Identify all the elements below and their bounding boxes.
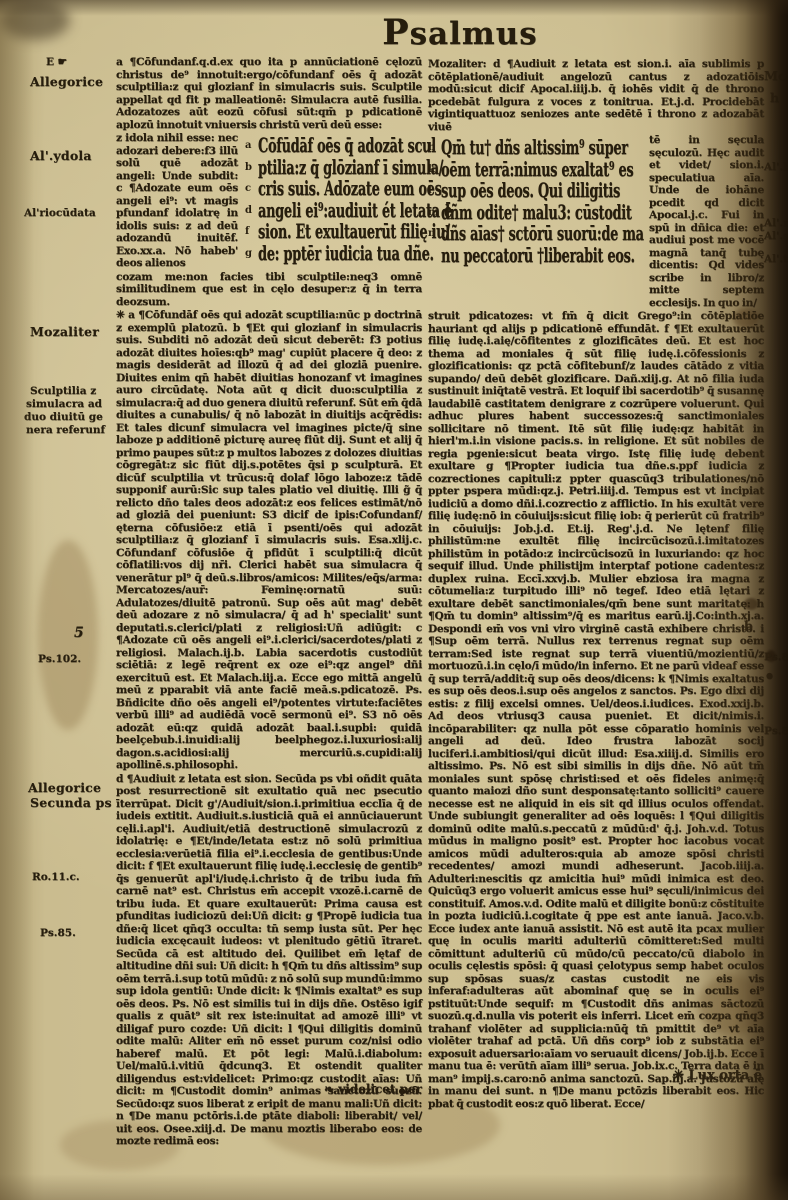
verse-line: sion. Et exultauerūt filię iu/ <box>258 221 450 243</box>
margin-note: Ps.102. <box>38 654 81 666</box>
commentary-paragraph: a ¶Cōfundanf.q.d.ex quo ita p annūciatio… <box>116 56 422 131</box>
psalm-verse-block: aCōfūdāf oēs q̄ adozāt scul bptilia:z q̄… <box>245 132 422 265</box>
verse-letter: d <box>245 205 252 216</box>
commentary-paragraph: struit pdicatozes: vt fm̄ q̄ dicit Grego… <box>428 310 764 1110</box>
verse-line: Cōfūdāf oēs q̄ adozāt scul <box>258 135 436 157</box>
margin-note: Allegorice <box>30 76 103 88</box>
parchment-stain <box>38 540 98 730</box>
margin-note: Ps.85. <box>40 928 76 940</box>
commentary-paragraph: Mozaliter: d ¶Audiuit z letata est sion.… <box>428 58 764 133</box>
verse-line: oēm terrā:nimus exaltat⁹ es <box>441 159 633 181</box>
margin-note: Ro.11.c. <box>32 872 80 884</box>
verse-letter: h <box>428 142 435 153</box>
verse-line: dñs aīas† sctōrū suorū:de ma <box>441 223 644 245</box>
verse-row: z idola nihil esse: nec adozari debere:f… <box>116 132 422 271</box>
verse-letter: f <box>245 226 249 237</box>
margin-note: ● <box>766 670 773 682</box>
verse-letter: m <box>428 207 439 218</box>
verse-letter: a <box>245 140 251 151</box>
page-title: Psalmus <box>330 16 590 51</box>
margin-note: h <box>770 92 779 104</box>
page-edge-shadow <box>0 0 34 1200</box>
margin-note: Ps.81. <box>764 652 788 664</box>
margin-note: Allegorice <box>28 782 101 794</box>
margin-note: simulacra ad <box>26 399 102 411</box>
book-page-scan: Psalmus E ☛ Allegorice Al'.ydola Al'rioc… <box>0 0 788 1200</box>
margin-note: Sculptilia z <box>30 386 96 398</box>
verse-letter: k <box>428 164 435 175</box>
verse-letter: l <box>428 185 432 196</box>
margin-note: Ps.85. <box>764 726 788 738</box>
verse-line: sup oēs deos. Qui diligitis <box>441 180 620 202</box>
margin-note: duo diuitū ge <box>24 412 103 424</box>
margin-note: Al'.seruoz <box>764 231 788 243</box>
margin-note: 5 <box>74 628 84 640</box>
margin-note: Al'.terua' <box>764 254 788 266</box>
commentary-narrow: tē in sęcula sęculozū. Hęc audit et vide… <box>649 134 764 309</box>
commentary-paragraph: cozam me:non facies tibi sculptile:neq3 … <box>116 271 422 309</box>
verse-line: de: pptēr iudicia tua dñe. <box>258 243 434 265</box>
commentary-paragraph: ✳ a ¶Cōfundāf oēs qui adozāt scuptilia:n… <box>116 309 422 772</box>
margin-note: Mozalit' <box>764 70 788 82</box>
right-text-column: Mozaliter: d ¶Audiuit z letata est sion.… <box>428 58 764 1111</box>
verse-line: cris suis. Adōzate eum oēs <box>258 178 442 200</box>
verse-line: Qm̄ tu† dñs altissim⁹ sūper <box>441 137 628 159</box>
verse-line: dñm odite† malu3: cūstodit <box>441 202 632 224</box>
verse-line: nu peccatorū †liberabit eos. <box>441 245 635 267</box>
commentary-narrow: z idola nihil esse: nec adozari debere:f… <box>116 132 238 270</box>
verse-letter: g <box>245 248 252 259</box>
margin-note: Al'.bztes <box>764 162 788 174</box>
margin-note: E ☛ <box>46 57 67 69</box>
psalm-verse-block: hQm̄ tu† dñs altissim⁹ sūper koēm terrā:… <box>428 134 642 267</box>
margin-note: Al'.malig' <box>764 218 788 230</box>
verse-line: ptilia:z q̄ glōzianf ī simula/ <box>258 157 443 179</box>
verse-row: hQm̄ tu† dñs altissim⁹ sūper koēm terrā:… <box>428 134 764 310</box>
margin-note: Al'riocūdata <box>24 208 96 220</box>
margin-note: Secunda ps <box>30 797 112 809</box>
verse-letter: b <box>245 162 252 173</box>
margin-note: nera referunf <box>26 425 105 437</box>
margin-note: Al'.ydola <box>30 150 92 162</box>
catchword-left: ❧ videlicet per <box>290 1082 422 1096</box>
verse-line: angeli ei⁹:audiuit ét letata ē <box>258 200 452 222</box>
verse-letter: n <box>428 228 435 239</box>
left-text-column: a ¶Cōfundanf.q.d.ex quo ita p annūciatio… <box>116 56 422 1149</box>
page-corner-shadow <box>0 0 70 40</box>
margin-note: b <box>744 620 753 632</box>
verse-letter: c <box>245 183 251 194</box>
margin-note: Mozaliter <box>30 326 99 338</box>
catchword-right: ✳ Lux orta ē <box>620 1068 762 1083</box>
